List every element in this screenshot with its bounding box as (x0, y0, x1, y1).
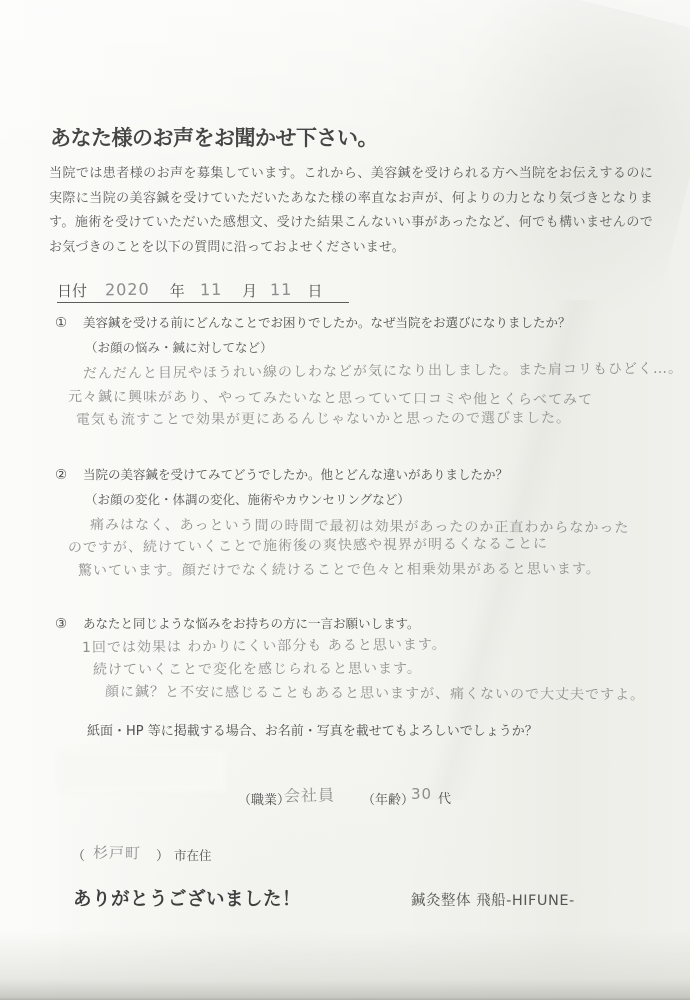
question-2-text: 当院の美容鍼を受けてみてどうでしたか。他とどんな違いがありましたか？ (83, 467, 508, 482)
answer-3-line-3: 顔に鍼？と不安に感じることもあると思いますが、痛くないので大丈夫ですよ。 (105, 681, 645, 704)
answer-2-line-2: のですが、続けていくことで施術後の爽快感や視界が明るくなることに (68, 533, 548, 557)
questionnaire-sheet: あなた様のお声をお聞かせ下さい。 当院では患者様のお声を募集しています。これから… (0, 0, 690, 1000)
occupation-value: 会社員 (284, 782, 335, 806)
paper-bottom-shadow (0, 930, 690, 1000)
residence-close-paren: ） (156, 845, 169, 864)
question-2-number: ② (55, 467, 83, 483)
residence-open-paren: （ (72, 845, 85, 864)
question-1-number: ① (55, 315, 83, 331)
answer-3-line-1: 1回では効果は わかりにくい部分も あると思います。 (82, 634, 447, 657)
date-month-unit: 月 (242, 282, 257, 302)
date-year-value: 2020 (105, 280, 150, 303)
question-3-number: ③ (55, 616, 83, 632)
answer-2-line-3: 驚いています。顔だけでなく続けることで色々と相乗効果があると思います。 (78, 558, 601, 580)
answer-1-line-3: 電気も流すことで効果が更にあるんじゃないかと思ったので選びました。 (76, 407, 571, 429)
answer-1-line-1: だんだんと目尻やほうれい線のしわなどが気になり出しました。また肩コリもひどく…。 (83, 358, 683, 383)
age-label: （年齢） (362, 789, 414, 808)
answer-3-line-2: 続けていくことで変化を感じられると思います。 (93, 658, 422, 679)
residence-value: 杉戸町 (93, 842, 141, 864)
date-year-unit: 年 (170, 282, 185, 302)
question-3-text: あなたと同じような悩みをお持ちの方に一言お願いします。 (83, 616, 420, 631)
question-1-hint: （お顔の悩み・鍼に対してなど） (85, 338, 273, 356)
question-1: ①美容鍼を受ける前にどんなことでお困りでしたか。なぜ当院をお選びになりましたか？ (55, 313, 571, 331)
page-title: あなた様のお声をお聞かせ下さい。 (50, 122, 378, 152)
question-2: ②当院の美容鍼を受けてみてどうでしたか。他とどんな違いがありましたか？ (55, 465, 508, 483)
thanks-message: ありがとうございました！ (73, 885, 301, 911)
date-day-value: 11 (270, 280, 293, 302)
redacted-name-blur (58, 750, 226, 792)
date-line: 日付 2020 年 11 月 11 日 (57, 272, 349, 303)
consent-question: 紙面・HP 等に掲載する場合、お名前・写真を載せてもよろしいでしょうか？ (87, 720, 538, 739)
question-2-hint: （お顔の変化・体調の変化、施術やカウンセリングなど） (85, 490, 410, 508)
date-label: 日付 (57, 282, 87, 302)
question-3: ③あなたと同じような悩みをお持ちの方に一言お願いします。 (55, 614, 420, 632)
question-1-text: 美容鍼を受ける前にどんなことでお困りでしたか。なぜ当院をお選びになりましたか？ (83, 315, 571, 330)
clinic-name: 鍼灸整体 飛船-HIFUNE- (411, 889, 575, 910)
date-month-value: 11 (200, 280, 223, 302)
residence-suffix: 市在住 (174, 846, 212, 864)
intro-text: 当院では患者様のお声を募集しています。これから、美容鍼を受けられる方へ当院をお伝… (49, 162, 653, 260)
occupation-label: （職業） (238, 789, 290, 808)
age-unit: 代 (438, 788, 451, 807)
answer-1-line-2: 元々鍼に興味があり、やってみたいなと思っていて口コミや他とくらべてみて (68, 386, 593, 409)
age-value: 30 (411, 785, 432, 803)
date-day-unit: 日 (307, 282, 322, 302)
